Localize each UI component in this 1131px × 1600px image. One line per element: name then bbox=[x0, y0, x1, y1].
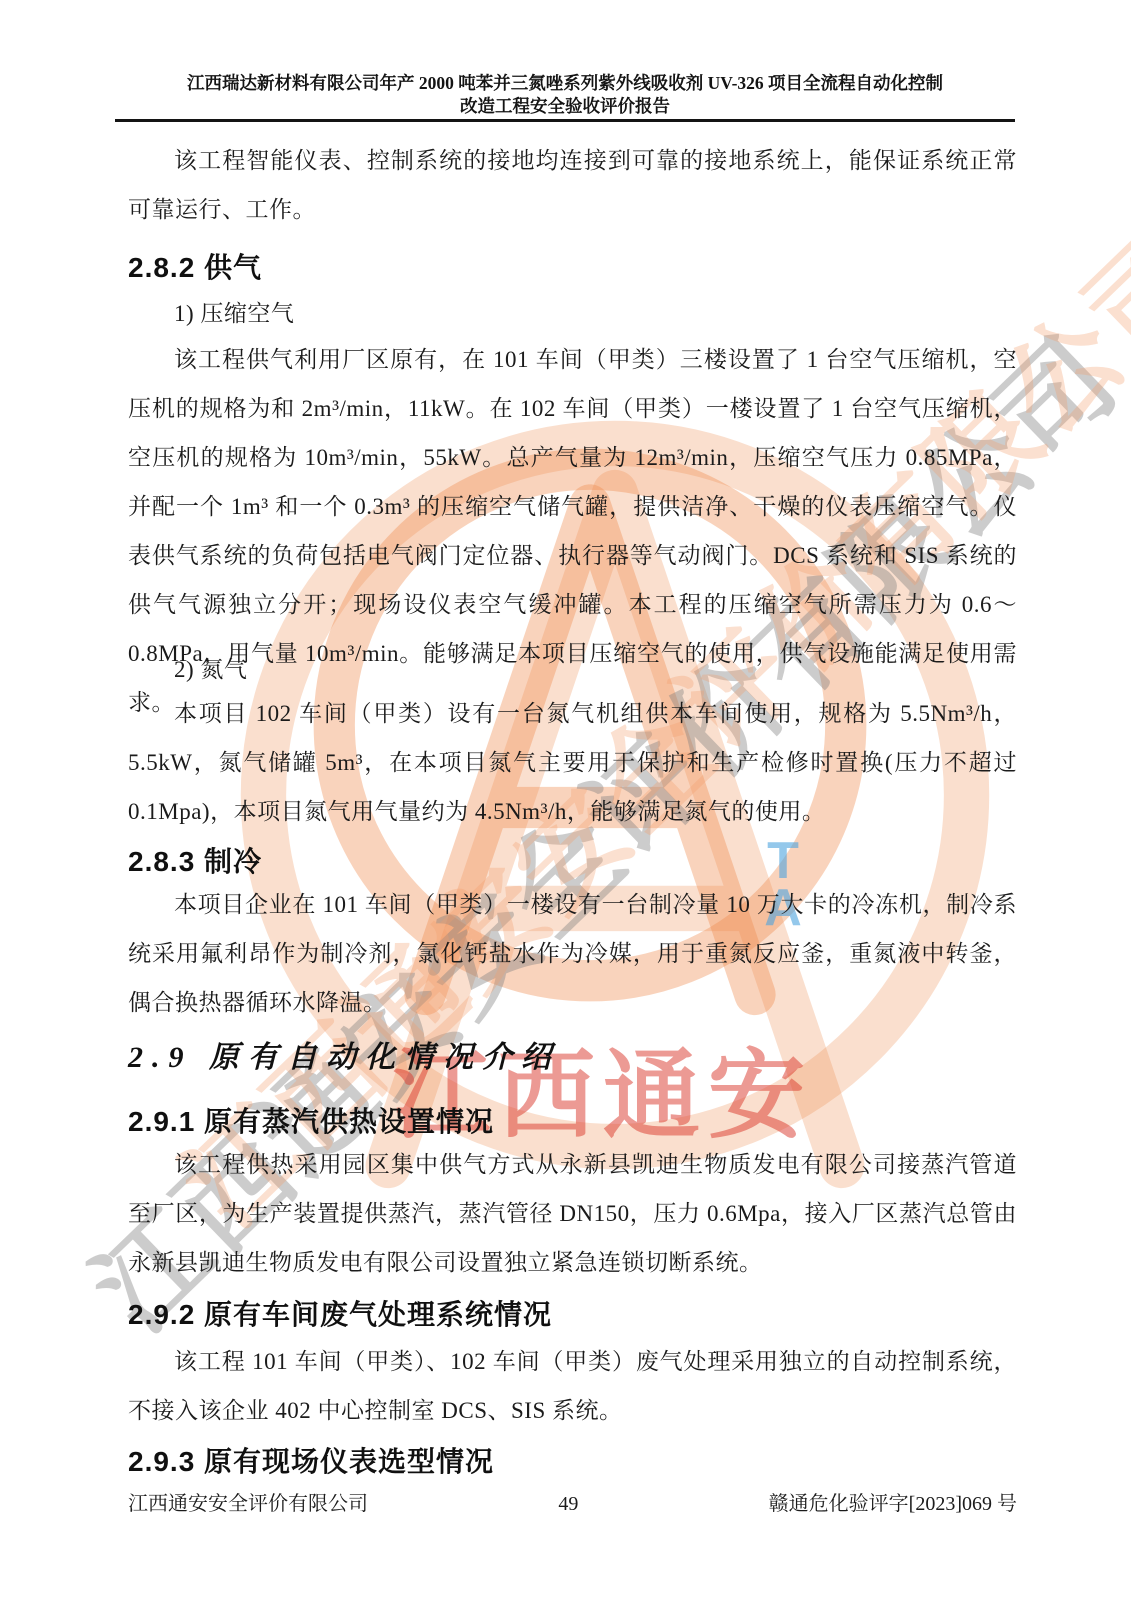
section-heading-2-9-1: 2.9.1 原有蒸汽供热设置情况 bbox=[128, 1100, 494, 1140]
page-footer: 江西通安安全评价有限公司 49 赣通危化验评字[2023]069 号 bbox=[128, 1487, 1017, 1516]
header-divider bbox=[115, 119, 1015, 122]
report-page: 江西通安安全评价有限公司 江西通安安全评价有限公司 T A 江西通安 江西瑞达新… bbox=[0, 0, 1131, 1600]
footer-page-number: 49 bbox=[558, 1493, 578, 1516]
paragraph-refrigeration: 本项目企业在 101 车间（甲类）一楼设有一台制冷量 10 万大卡的冷冻机，制冷… bbox=[128, 880, 1017, 1027]
section-heading-2-8-2: 2.8.2 供气 bbox=[128, 246, 262, 286]
list-item-compressed-air: 1) 压缩空气 bbox=[128, 289, 1017, 338]
header-title-line1: 江西瑞达新材料有限公司年产 2000 吨苯并三氮唑系列紫外线吸收剂 UV-326… bbox=[115, 72, 1015, 95]
section-heading-2-9-2: 2.9.2 原有车间废气处理系统情况 bbox=[128, 1293, 552, 1333]
section-heading-2-9: 2.9 原有自动化情况介绍 bbox=[128, 1032, 560, 1076]
footer-company: 江西通安安全评价有限公司 bbox=[128, 1487, 368, 1516]
report-header-title: 江西瑞达新材料有限公司年产 2000 吨苯并三氮唑系列紫外线吸收剂 UV-326… bbox=[115, 72, 1015, 118]
header-title-line2: 改造工程安全验收评价报告 bbox=[115, 95, 1015, 118]
paragraph-nitrogen: 本项目 102 车间（甲类）设有一台氮气机组供本车间使用，规格为 5.5Nm³/… bbox=[128, 689, 1017, 836]
paragraph-waste-gas: 该工程 101 车间（甲类）、102 车间（甲类）废气处理采用独立的自动控制系统… bbox=[128, 1337, 1017, 1435]
list-item-nitrogen: 2) 氮气 bbox=[128, 645, 1017, 694]
section-heading-2-9-3: 2.9.3 原有现场仪表选型情况 bbox=[128, 1440, 494, 1480]
footer-doc-number: 赣通危化验评字[2023]069 号 bbox=[769, 1487, 1017, 1516]
paragraph-steam-supply: 该工程供热采用园区集中供气方式从永新县凯迪生物质发电有限公司接蒸汽管道至厂区，为… bbox=[128, 1140, 1017, 1287]
document-content: 江西瑞达新材料有限公司年产 2000 吨苯并三氮唑系列紫外线吸收剂 UV-326… bbox=[0, 0, 1131, 1600]
intro-paragraph: 该工程智能仪表、控制系统的接地均连接到可靠的接地系统上，能保证系统正常可靠运行、… bbox=[128, 136, 1017, 234]
section-heading-2-8-3: 2.8.3 制冷 bbox=[128, 840, 262, 880]
